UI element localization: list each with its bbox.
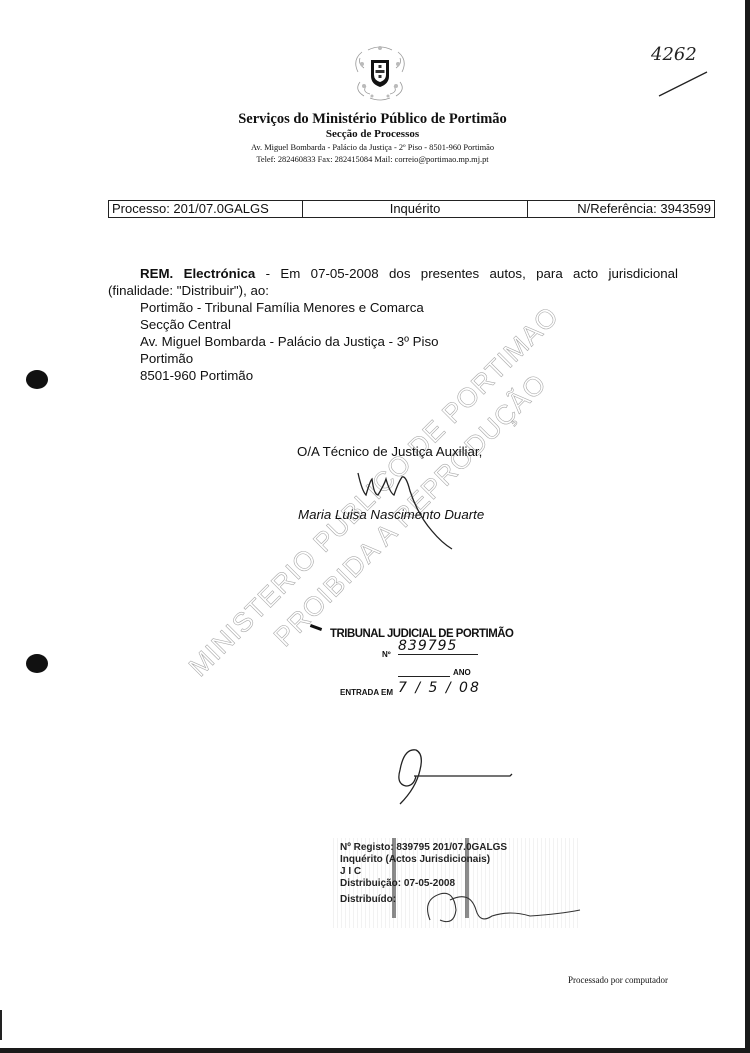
address-line: 8501-960 Portimão	[140, 367, 678, 384]
handwritten-page-number: 4262	[645, 38, 715, 100]
signatory-role: O/A Técnico de Justiça Auxiliar,	[297, 444, 482, 459]
registry-line: J I C	[340, 866, 580, 878]
stamp-year-line	[398, 676, 450, 677]
body-text: REM. Electrónica - Em 07-05-2008 dos pre…	[108, 265, 678, 384]
header-address: Av. Miguel Bombarda - Palácio da Justiça…	[0, 143, 745, 152]
address-line: Portimão - Tribunal Família Menores e Co…	[140, 299, 678, 316]
registry-line: Nº Registo: 839795 201/07.0GALGS	[340, 842, 580, 854]
stamp-entry-label: ENTRADA EM	[340, 688, 393, 697]
svg-text:4262: 4262	[650, 44, 697, 65]
address-line: Av. Miguel Bombarda - Palácio da Justiça…	[140, 333, 678, 350]
process-type: Inquérito	[303, 201, 528, 217]
header-contact: Telef: 282460833 Fax: 282415084 Mail: co…	[0, 155, 745, 164]
address-line: Portimão	[140, 350, 678, 367]
handwritten-initials	[388, 740, 518, 810]
document-page: 4262 Serviços do Ministério Público de P…	[0, 0, 745, 1048]
remittance-paragraph: REM. Electrónica - Em 07-05-2008 dos pre…	[108, 265, 678, 299]
court-entry-stamp: TRIBUNAL JUDICIAL DE PORTIMÃO Nº 839795 …	[310, 624, 560, 714]
stamp-mark	[310, 624, 322, 631]
footer-note: Processado por computador	[568, 975, 668, 985]
remittance-lead: REM. Electrónica	[140, 266, 255, 281]
registry-line: Inquérito (Actos Jurisdicionais)	[340, 854, 580, 866]
coat-of-arms-icon	[350, 42, 410, 104]
registry-signature	[420, 880, 590, 930]
punch-hole	[26, 370, 48, 389]
header-subtitle: Secção de Processos	[0, 128, 745, 140]
address-line: Secção Central	[140, 316, 678, 333]
punch-hole	[26, 654, 48, 673]
recipient-address: Portimão - Tribunal Família Menores e Co…	[108, 299, 678, 384]
process-number: Processo: 201/07.0GALGS	[109, 201, 303, 217]
stamp-year-label: ANO	[453, 668, 471, 677]
stamp-number-label: Nº	[382, 650, 391, 659]
process-table: Processo: 201/07.0GALGS Inquérito N/Refe…	[108, 200, 715, 218]
scan-edge-mark	[0, 1010, 2, 1040]
header-title: Serviços do Ministério Público de Portim…	[0, 111, 745, 128]
process-reference: N/Referência: 3943599	[528, 201, 714, 217]
stamp-entry-value: 7 / 5 / 08	[398, 680, 518, 696]
stamp-number-value: 839795	[398, 638, 478, 655]
handwritten-signature	[340, 465, 470, 555]
